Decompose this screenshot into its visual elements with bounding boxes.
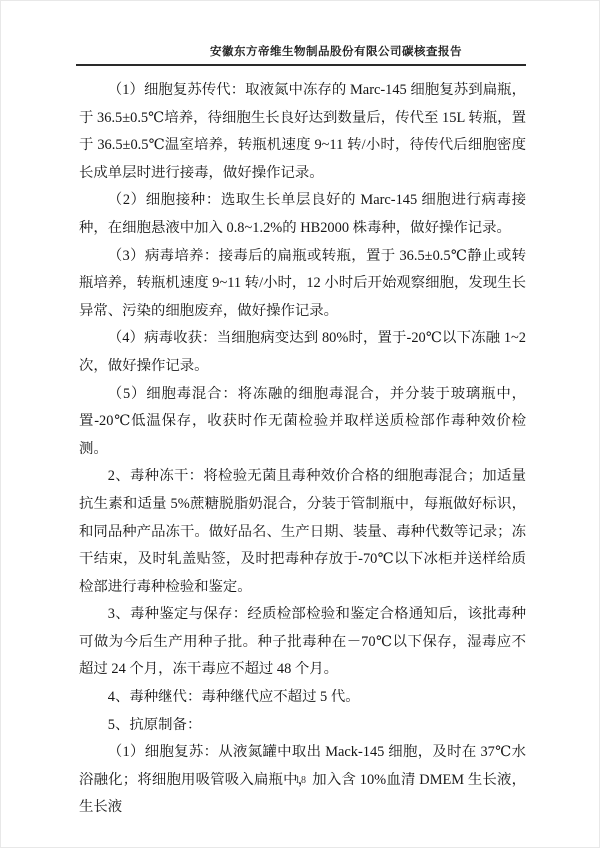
paragraph-cell-recovery-passage: （1）细胞复苏传代：取液氮中冻存的 Marc-145 细胞复苏到扁瓶，于 36.… xyxy=(79,77,526,187)
page-header: 安徽东方帝维生物制品股份有限公司碳核查报告 xyxy=(76,43,526,66)
paragraph-seed-lyophilization: 2、毒种冻干：将检验无菌且毒种效价合格的细胞毒混合；加适量抗生素和适量 5%蔗糖… xyxy=(79,463,526,601)
paragraph-antigen-preparation-heading: 5、抗原制备： xyxy=(79,712,526,740)
document-page: 安徽东方帝维生物制品股份有限公司碳核查报告 （1）细胞复苏传代：取液氮中冻存的 … xyxy=(0,0,600,848)
document-body: （1）细胞复苏传代：取液氮中冻存的 Marc-145 细胞复苏到扁瓶，于 36.… xyxy=(79,77,526,822)
paragraph-virus-harvest: （4）病毒收获：当细胞病变达到 80%时，置于-20℃以下冻融 1~2 次，做好… xyxy=(79,325,526,380)
paragraph-cell-virus-mixing: （5）细胞毒混合：将冻融的细胞毒混合，并分装于玻璃瓶中，置-20℃低温保存，收获… xyxy=(79,381,526,464)
page-footer: 18 xyxy=(1,770,600,788)
page-number: 18 xyxy=(295,775,307,786)
header-title: 安徽东方帝维生物制品股份有限公司碳核查报告 xyxy=(76,43,526,59)
paragraph-seed-passage-limit: 4、毒种继代：毒种继代应不超过 5 代。 xyxy=(79,684,526,712)
paragraph-cell-inoculation: （2）细胞接种：选取生长单层良好的 Marc-145 细胞进行病毒接种，在细胞悬… xyxy=(79,187,526,242)
paragraph-seed-identification-storage: 3、毒种鉴定与保存：经质检部检验和鉴定合格通知后，该批毒种可做为今后生产用种子批… xyxy=(79,601,526,684)
paragraph-virus-culture: （3）病毒培养：接毒后的扁瓶或转瓶，置于 36.5±0.5℃静止或转瓶培养，转瓶… xyxy=(79,243,526,326)
